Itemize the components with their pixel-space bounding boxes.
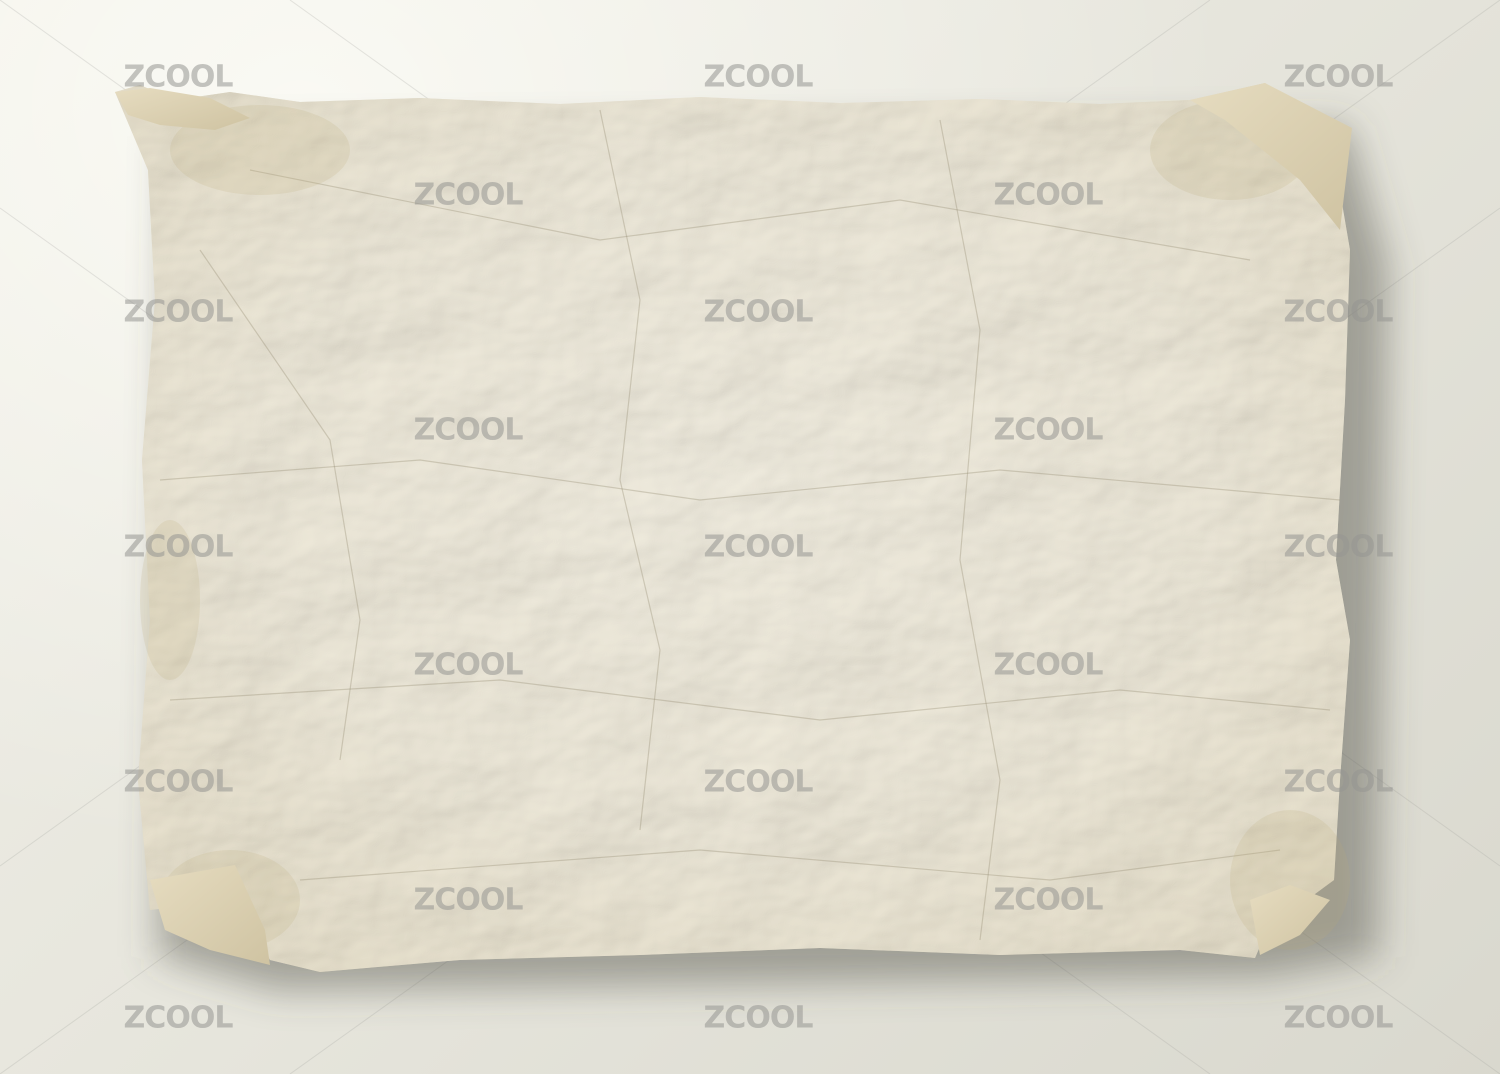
crumpled-paper: [0, 0, 1500, 1074]
